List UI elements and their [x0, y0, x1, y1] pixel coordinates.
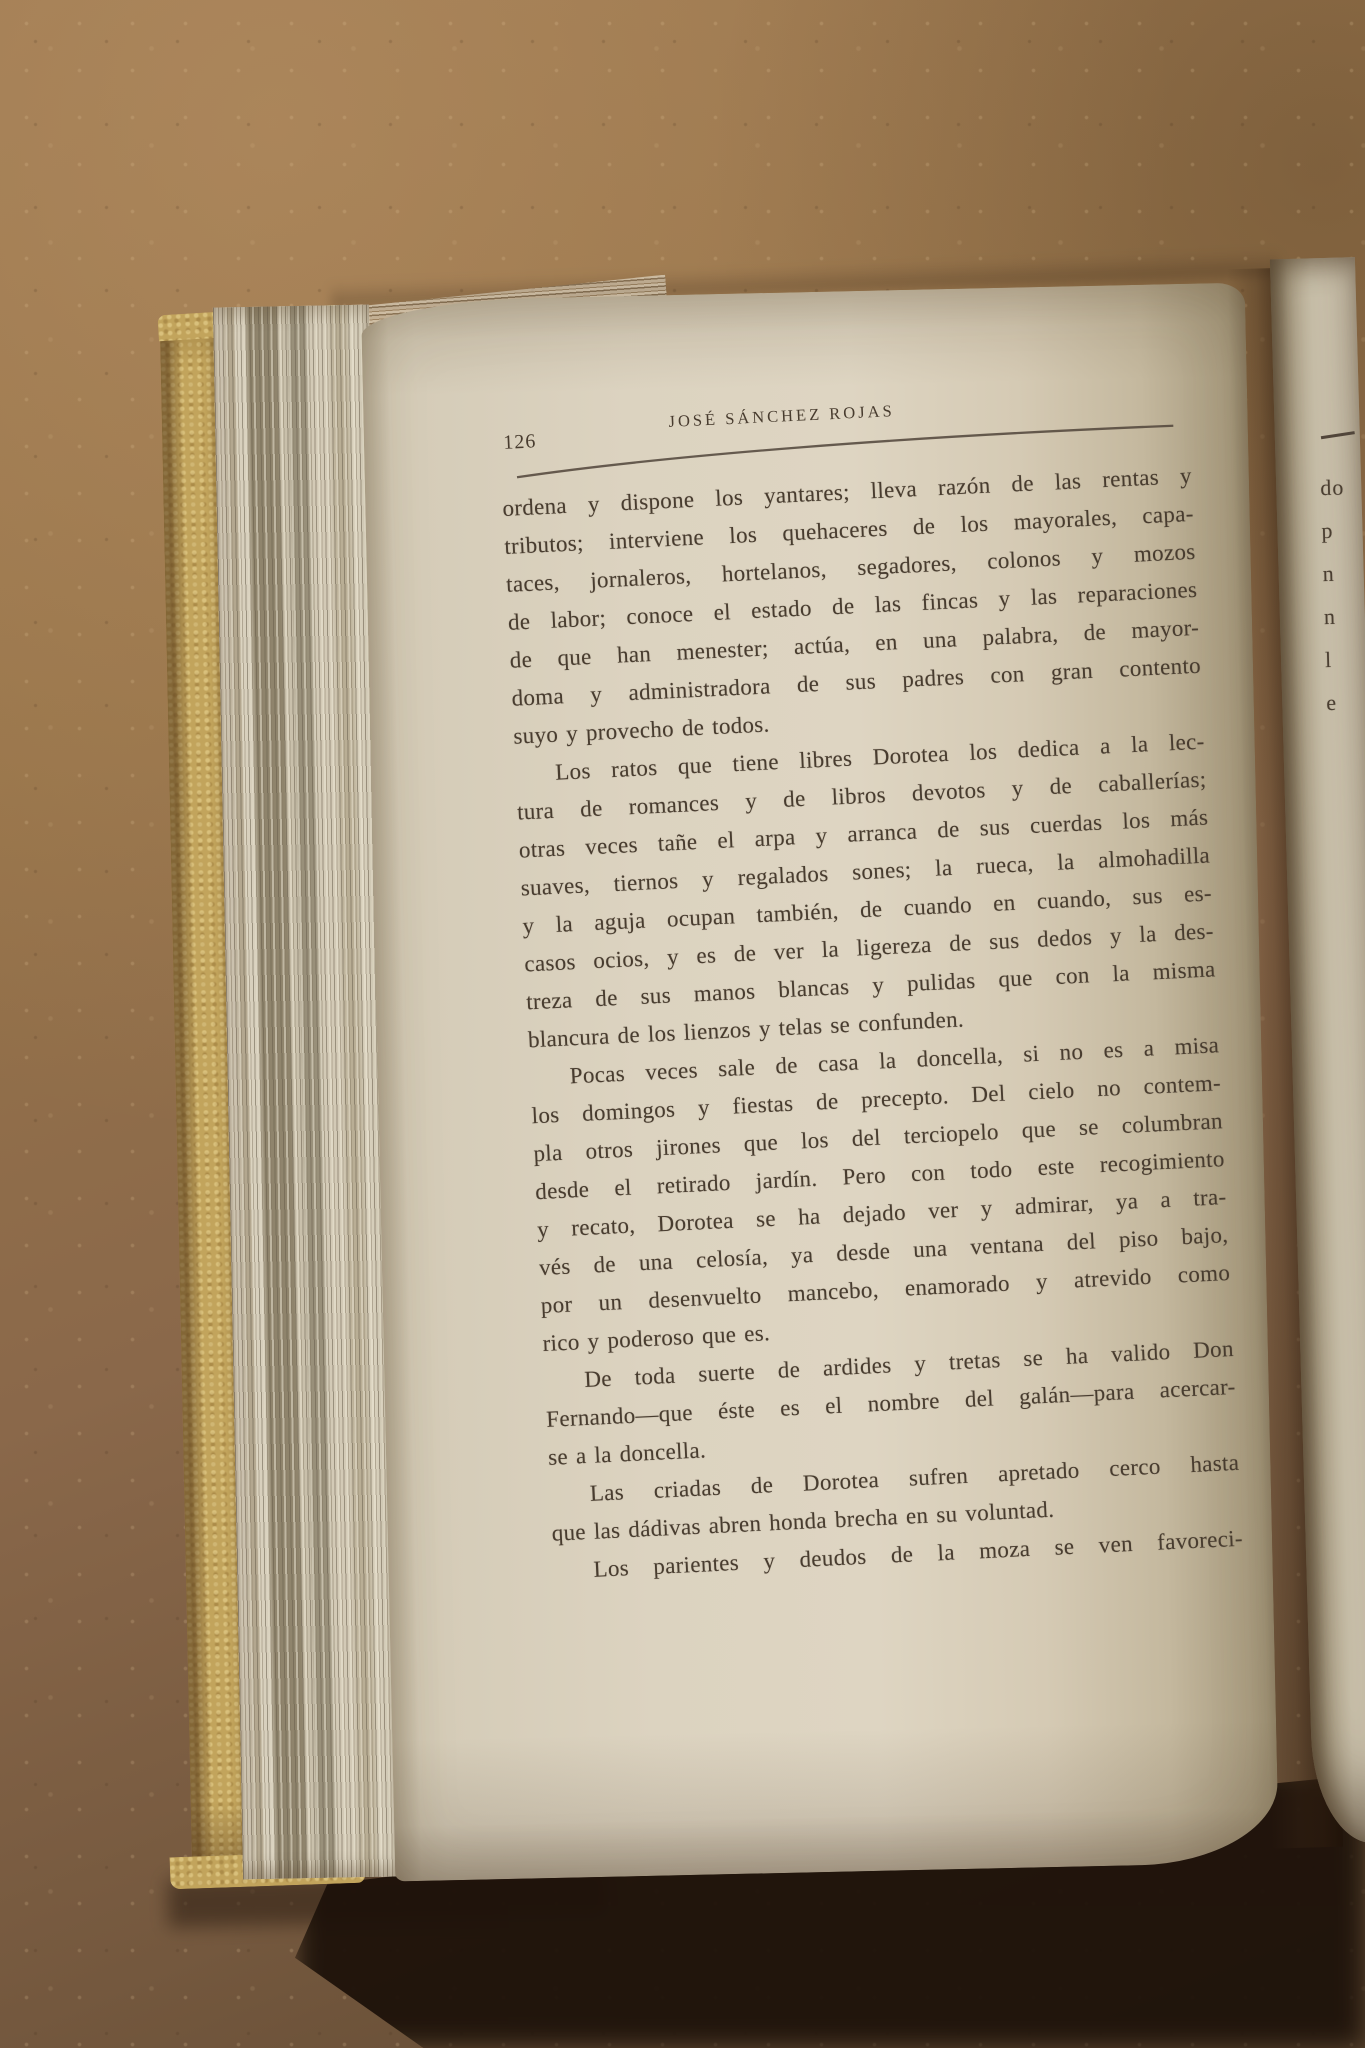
letter-fragment: n: [1322, 561, 1335, 587]
letter-fragment: e: [1326, 690, 1337, 716]
letter-fragment: do: [1320, 475, 1345, 502]
left-page: 126 JOSÉ SÁNCHEZ ROJAS ordena y dispone …: [361, 283, 1279, 1882]
printed-text: 126 JOSÉ SÁNCHEZ ROJAS ordena y dispone …: [498, 387, 1243, 1591]
book-photo: { "document": { "type": "open-book-page-…: [0, 0, 1365, 2048]
letter-fragment: l: [1325, 647, 1333, 673]
body-text: ordena y dispone los yantares; lleva raz…: [502, 457, 1244, 1591]
header-rule-fragment: [1321, 431, 1355, 439]
running-header: JOSÉ SÁNCHEZ ROJAS: [668, 401, 895, 432]
page-number: 126: [503, 430, 537, 455]
letter-fragment: p: [1321, 518, 1334, 544]
letter-fragment: n: [1324, 604, 1337, 630]
